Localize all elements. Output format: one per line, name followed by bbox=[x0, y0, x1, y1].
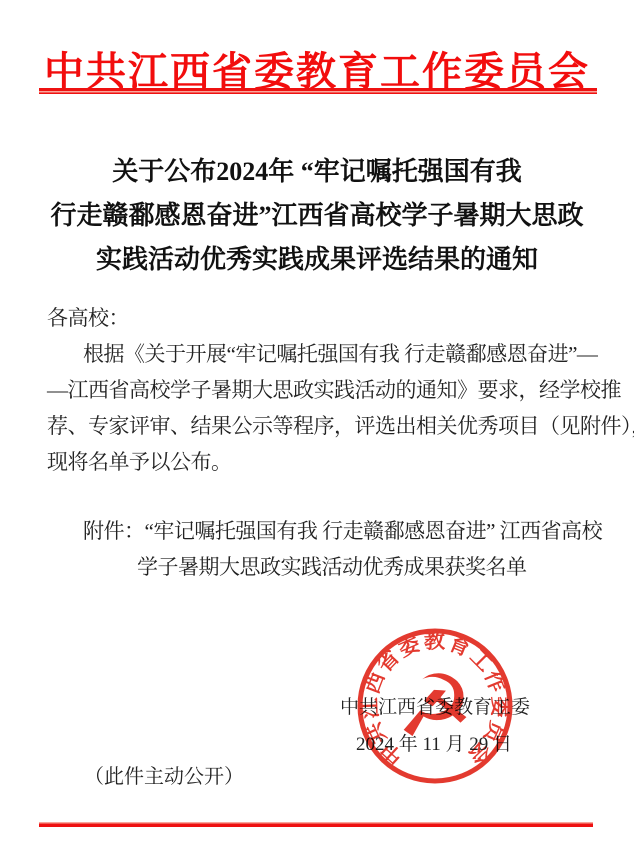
body-line: 根据《关于开展“牢记嘱托强国有我 行走赣鄱感恩奋进”— bbox=[47, 336, 592, 372]
body-line: 荐、专家评审、结果公示等程序，评选出相关优秀项目（见附件）， bbox=[47, 408, 592, 444]
attachment-note: 附件：“牢记嘱托强国有我 行走赣鄱感恩奋进” 江西省高校 学子暑期大思政实践活动… bbox=[83, 513, 602, 585]
red-separator-bottom bbox=[39, 822, 593, 827]
salutation: 各高校： bbox=[47, 300, 592, 336]
signature-date: 2024 年 11 月 29 日 bbox=[356, 729, 512, 756]
document-title-line-1: 关于公布2024年 “牢记嘱托强国有我 bbox=[0, 150, 634, 194]
footer-note: （此件主动公开） bbox=[84, 760, 244, 789]
document-title-line-2: 行走赣鄱感恩奋进”江西省高校学子暑期大思政 bbox=[0, 194, 634, 238]
red-separator-top bbox=[39, 88, 597, 94]
document-page: 中共江西省委教育工作委员会 关于公布2024年 “牢记嘱托强国有我 行走赣鄱感恩… bbox=[0, 0, 634, 858]
document-title: 关于公布2024年 “牢记嘱托强国有我 行走赣鄱感恩奋进”江西省高校学子暑期大思… bbox=[0, 150, 634, 282]
document-title-line-3: 实践活动优秀实践成果评选结果的通知 bbox=[0, 238, 634, 282]
body-paragraphs: 各高校： 根据《关于开展“牢记嘱托强国有我 行走赣鄱感恩奋进”— —江西省高校学… bbox=[47, 300, 592, 480]
body-line: 现将名单予以公布。 bbox=[47, 444, 592, 480]
attachment-line-2: 学子暑期大思政实践活动优秀成果获奖名单 bbox=[137, 549, 602, 585]
attachment-line-1: 附件：“牢记嘱托强国有我 行走赣鄱感恩奋进” 江西省高校 bbox=[83, 513, 602, 549]
body-line: —江西省高校学子暑期大思政实践活动的通知》要求，经学校推 bbox=[47, 372, 592, 408]
signature-org: 中共江西省委教育工委 bbox=[340, 692, 530, 719]
